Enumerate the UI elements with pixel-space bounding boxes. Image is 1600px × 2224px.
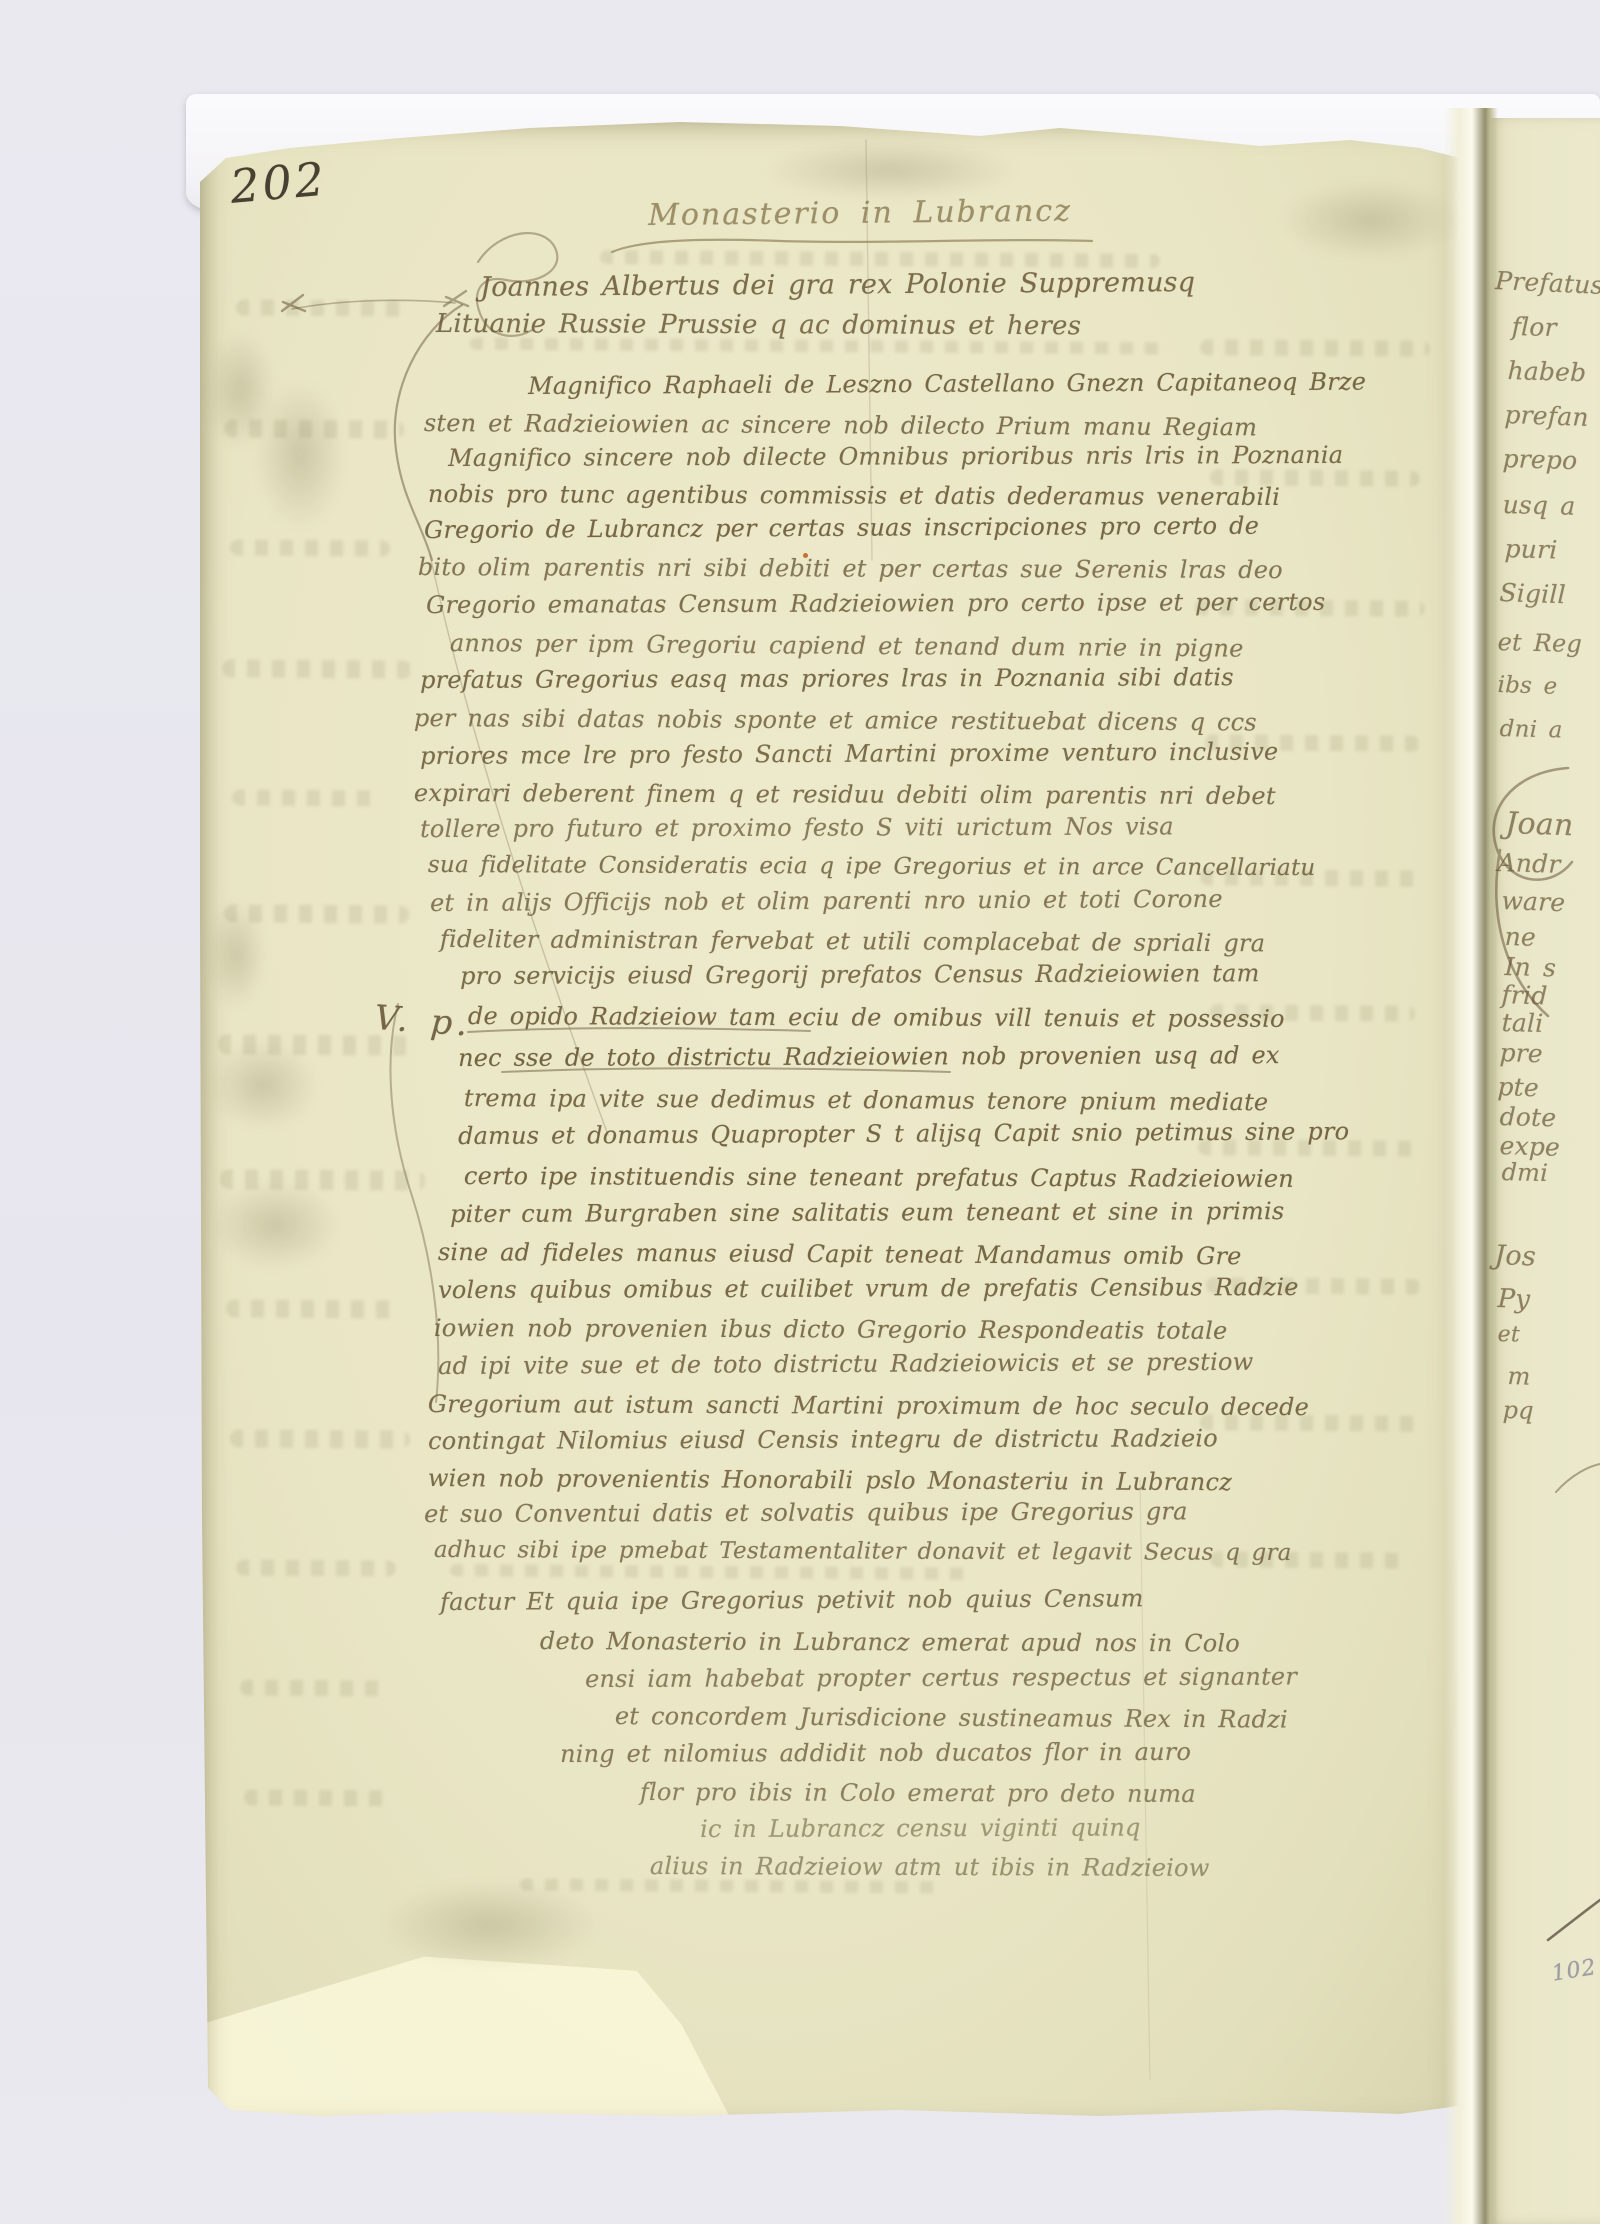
manuscript-line: tollere pro futuro et proximo festo S vi… [420,812,1174,843]
fragment-line: tali [1501,1008,1543,1038]
manuscript-line: sua fidelitate Consideratis ecia q ipe G… [428,852,1316,881]
manuscript-line: Gregorio emanatas Censum Radzieiowien pr… [426,588,1325,619]
manuscript-line: pro servicijs eiusd Gregorij prefatos Ce… [460,959,1260,990]
fragment-line: pte [1497,1072,1539,1102]
manuscript-line: nobis pro tunc agentibus commissis et da… [428,480,1280,511]
fragment-line: prepo [1502,444,1578,475]
manuscript-line: priores mce lre pro festo Sancti Martini… [420,738,1278,770]
manuscript-line: de opido Radzieiow tam eciu de omibus vi… [468,1002,1285,1033]
manuscript-line: et suo Conventui datis et solvatis quibu… [424,1497,1188,1528]
fragment-line: dmi [1501,1158,1548,1187]
manuscript-line: Gregorio de Lubrancz per certas suas ins… [424,512,1259,544]
manuscript-line: fideliter administran fervebat et utili … [440,925,1265,957]
manuscript-line: ic in Lubrancz censu viginti quinq [700,1813,1141,1843]
fragment-line: frid [1501,980,1548,1011]
fragment-line: Prefatus [1495,266,1600,300]
manuscript-line: contingat Nilomius eiusd Censis integru … [428,1424,1218,1455]
manuscript-line: adhuc sibi ipe pmebat Testamentaliter do… [434,1537,1292,1566]
manuscript-line: deto Monasterio in Lubrancz emerat apud … [540,1627,1240,1657]
manuscript-line: prefatus Gregorius easq mas priores lras… [420,663,1234,694]
fragment-line: ware [1501,886,1566,917]
manuscript-line: nec sse de toto districtu Radzieiowien n… [458,1041,1280,1072]
fragment-line: prefan [1504,400,1589,432]
manuscript-line: bito olim parentis nri sibi debiti et pe… [418,553,1283,584]
manuscript-line: ensi iam habebat propter certus respectu… [585,1663,1297,1693]
fragment-line: Andr [1497,848,1561,879]
manuscript-line: Magnifico sincere nob dilecte Omnibus pr… [448,441,1343,472]
manuscript-line: piter cum Burgraben sine salitatis eum t… [450,1197,1284,1228]
manuscript-line: expirari deberent finem q et residuu deb… [414,779,1276,810]
manuscript-line: annos per ipm Gregoriu capiend et tenand… [450,629,1244,663]
manuscript-line: et in alijs Officijs nob et olim parenti… [430,885,1223,917]
fragment-line: pre [1499,1038,1543,1068]
fragment-line: In s [1504,952,1556,982]
manuscript-line: Joannes Albertus dei gra rex Polonie Sup… [480,267,1195,303]
manuscript-line: factur Et quia ipe Gregorius petivit nob… [440,1584,1144,1616]
manuscript-line: trema ipa vite sue dedimus et donamus te… [464,1084,1269,1116]
fragment-line: expe [1499,1131,1560,1162]
fragment-line: pq [1502,1396,1534,1425]
fragment-line: et [1497,1322,1520,1348]
fragment-line: Joan [1505,806,1574,843]
fragment-line: puri [1504,534,1558,565]
fragment-line: dni a [1499,716,1563,743]
manuscript-line: certo ipe instituendis sine teneant pref… [464,1162,1294,1193]
fragment-line: flor [1511,312,1557,342]
manuscript-line: Lituanie Russie Prussie q ac dominus et … [436,309,1081,341]
facing-page-text-fragments: Prefatusflorhabebprefanprepousq apuriSig… [1488,118,1600,2224]
manuscript-line: Gregorium aut istum sancti Martini proxi… [428,1390,1309,1421]
manuscript-line: ad ipi vite sue et de toto districtu Rad… [438,1348,1253,1380]
fragment-line: habeb [1507,356,1587,387]
manuscript-line: volens quibus omibus et cuilibet vrum de… [438,1273,1299,1304]
manuscript-line: wien nob provenientis Honorabili pslo Mo… [428,1464,1232,1496]
manuscript-line: sine ad fideles manus eiusd Capit teneat… [438,1238,1242,1270]
fragment-line: ibs e [1497,672,1558,700]
manuscript-line: iowien nob provenien ibus dicto Gregorio… [434,1314,1228,1345]
fragment-line: m [1507,1362,1531,1391]
manuscript-line: et concordem Jurisdicione sustineamus Re… [615,1702,1288,1734]
fragment-line: Jos [1494,1240,1537,1272]
fragment-line: dote [1499,1102,1556,1132]
manuscript-line: Magnifico Raphaeli de Leszno Castellano … [528,368,1366,400]
fragment-line: Sigill [1499,578,1566,609]
fragment-line: ne [1504,922,1536,952]
fragment-line: et Reg [1497,628,1582,658]
ink-fleck [803,553,808,558]
manuscript-line: flor pro ibis in Colo emerat pro deto nu… [640,1778,1196,1808]
manuscript-scan: 202 Monasterio in Lubrancz V. p. Joannes… [0,0,1600,2224]
manuscript-line: per nas sibi datas nobis sponte et amice… [414,704,1257,736]
manuscript-line: sten et Radzieiowien ac sincere nob dile… [424,409,1257,441]
manuscript-line: damus et donamus Quapropter S t alijsq C… [458,1117,1349,1150]
manuscript-line: ning et nilomius addidit nob ducatos flo… [560,1738,1191,1768]
manuscript-line: alius in Radzieiow atm ut ibis in Radzie… [650,1852,1210,1882]
fragment-line: Py [1497,1284,1530,1315]
fragment-line: usq a [1502,490,1575,521]
body-text-block: Joannes Albertus dei gra rex Polonie Sup… [0,0,1600,2224]
